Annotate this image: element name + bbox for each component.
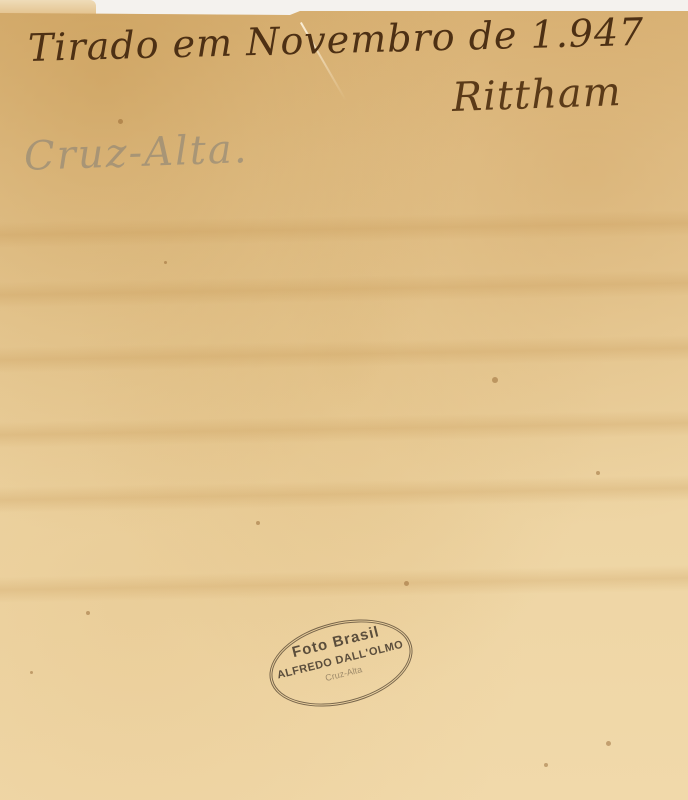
foxing-spot [164,261,167,264]
stain-band [0,335,688,373]
foxing-spot [86,611,90,615]
stain-band [0,475,688,513]
stain-band [0,210,688,248]
foxing-spot [30,671,33,674]
foxing-spot [492,377,498,383]
foxing-spot [404,581,409,586]
handwritten-signature: Rittham [451,69,622,121]
scanned-photo-back: Tirado em Novembro de 1.947 Rittham Cruz… [0,0,688,800]
stain-band [0,270,688,308]
stain-band [0,565,688,603]
foxing-spot [606,741,611,746]
foxing-spot [256,521,260,525]
foxing-spot [118,119,123,124]
foxing-spot [596,471,600,475]
stain-band [0,410,688,448]
foxing-spot [544,763,548,767]
pencil-location-note: Cruz-Alta. [23,126,249,180]
